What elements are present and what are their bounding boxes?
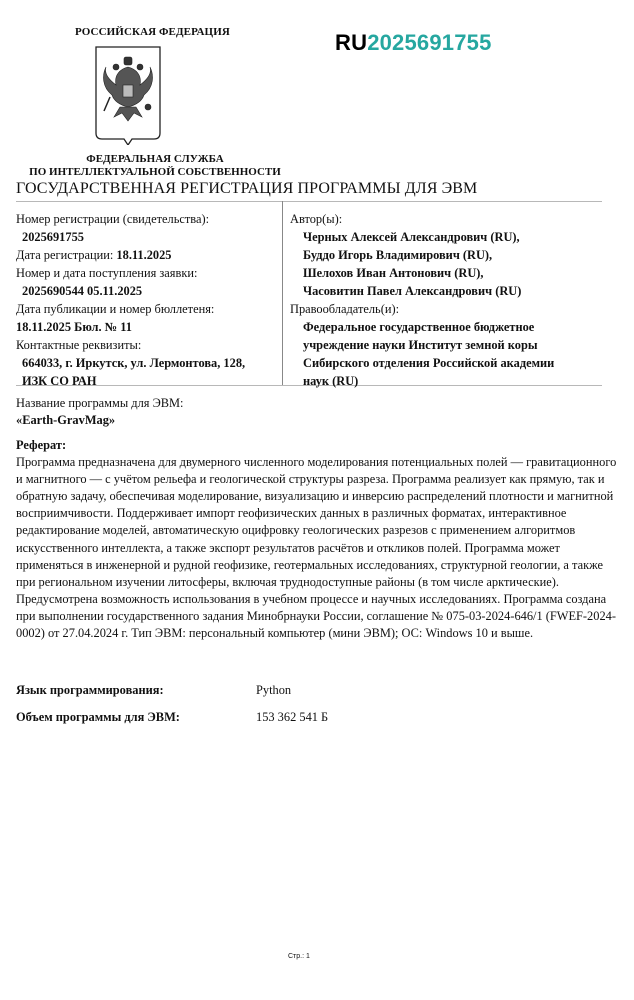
authors-info: Автор(ы): Черных Алексей Александрович (… [290,210,602,390]
holder-line: учреждение науки Институт земной коры [290,336,602,354]
country-name: РОССИЙСКАЯ ФЕДЕРАЦИЯ [75,26,230,38]
program-name-label: Название программы для ЭВМ: [16,395,616,412]
russian-coat-of-arms-icon [92,45,164,145]
language-label: Язык программирования: [16,683,164,698]
reg-date-label: Дата регистрации: [16,248,113,262]
agency-line-2: ПО ИНТЕЛЛЕКТУАЛЬНОЙ СОБСТВЕННОСТИ [20,166,290,179]
reg-date-value: 18.11.2025 [116,248,171,262]
page-number: Стр.: 1 [288,953,310,960]
authors-label: Автор(ы): [290,210,602,228]
application-value: 2025690544 05.11.2025 [16,282,278,300]
application-label: Номер и дата поступления заявки: [16,264,278,282]
size-label: Объем программы для ЭВМ: [16,710,180,725]
size-value: 153 362 541 Б [256,710,328,725]
author-item: Часовитин Павел Александрович (RU) [290,282,602,300]
author-item: Шелохов Иван Антонович (RU), [290,264,602,282]
registration-number-badge: RU2025691755 [335,30,492,56]
holder-line: Сибирского отделения Российской академии [290,354,602,372]
reg-number-value: 2025691755 [16,228,278,246]
publication-label: Дата публикации и номер бюллетеня: [16,300,278,318]
registration-info: Номер регистрации (свидетельства): 20256… [16,210,278,390]
table-top-divider [16,201,602,202]
agency-name: ФЕДЕРАЛЬНАЯ СЛУЖБА ПО ИНТЕЛЛЕКТУАЛЬНОЙ С… [20,153,290,179]
holders-label: Правообладатель(и): [290,300,602,318]
reg-prefix: RU [335,30,367,55]
reg-number: 2025691755 [367,30,491,55]
contacts-line-2: ИЗК СО РАН [16,372,278,390]
reg-number-label: Номер регистрации (свидетельства): [16,210,278,228]
contacts-line-1: 664033, г. Иркутск, ул. Лермонтова, 128, [16,354,278,372]
author-item: Черных Алексей Александрович (RU), [290,228,602,246]
column-divider [282,201,283,385]
reg-date-row: Дата регистрации: 18.11.2025 [16,246,278,264]
referat-section: Реферат: Программа предназначена для дву… [16,437,620,642]
language-value: Python [256,683,291,698]
publication-value: 18.11.2025 Бюл. № 11 [16,318,278,336]
program-name-value: «Earth-GravMag» [16,412,616,429]
holder-line: наук (RU) [290,372,602,390]
holder-line: Федеральное государственное бюджетное [290,318,602,336]
agency-line-1: ФЕДЕРАЛЬНАЯ СЛУЖБА [20,153,290,166]
program-name-section: Название программы для ЭВМ: «Earth-GravM… [16,395,616,429]
contacts-label: Контактные реквизиты: [16,336,278,354]
document-title: ГОСУДАРСТВЕННАЯ РЕГИСТРАЦИЯ ПРОГРАММЫ ДЛ… [16,180,477,198]
referat-label: Реферат: [16,437,620,454]
referat-text: Программа предназначена для двумерного ч… [16,454,620,642]
author-item: Буддо Игорь Владимирович (RU), [290,246,602,264]
